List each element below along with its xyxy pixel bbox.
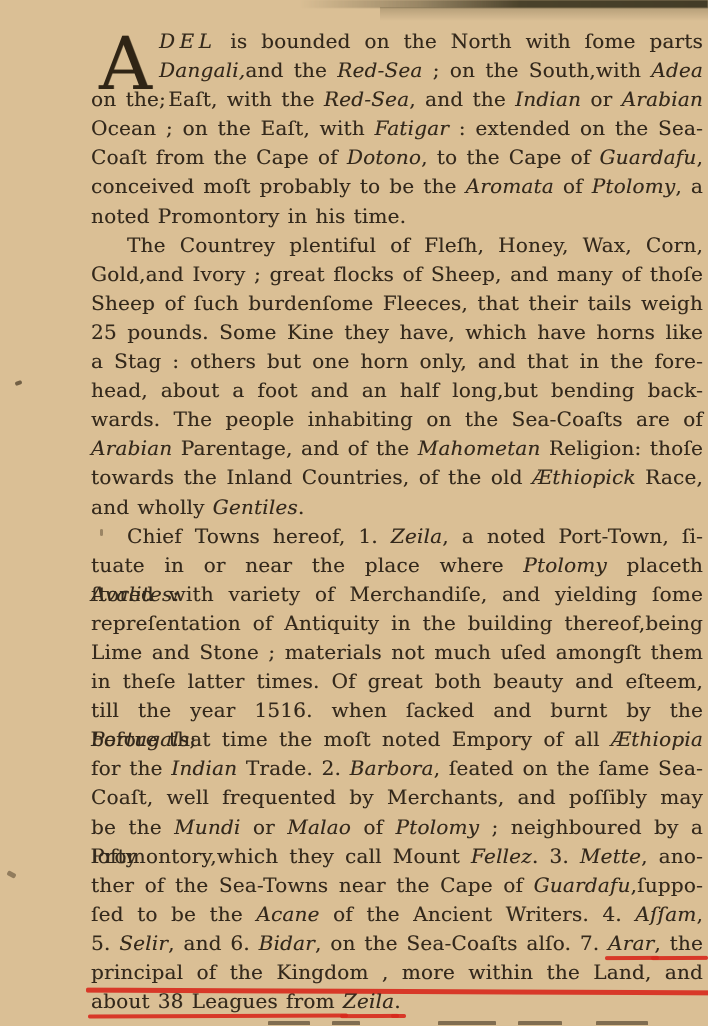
text-segment: Coaſt from the Cape of bbox=[91, 145, 347, 169]
text-line: Coaſt, well frequented by Merchants, and… bbox=[91, 783, 703, 812]
italic-place-name: Ptolomy bbox=[523, 553, 607, 577]
italic-place-name: Mahometan bbox=[418, 436, 541, 460]
text-line: Lime and Stone ; materials not much uſed… bbox=[91, 638, 703, 667]
text-segment: , and 6. bbox=[168, 931, 258, 955]
text-segment: till the year 1516. when ſacked and burn… bbox=[91, 698, 703, 722]
text-segment: towards the Inland Countries, of the old bbox=[91, 465, 532, 489]
text-line: a Stag : others but one horn only, and t… bbox=[91, 347, 703, 376]
text-segment: of bbox=[351, 815, 396, 839]
italic-place-name: Ptolomy bbox=[592, 174, 676, 198]
ink-speck bbox=[6, 870, 16, 879]
red-underlined-text: Arar bbox=[608, 931, 654, 955]
cutoff-line-glyph-tops bbox=[332, 1021, 360, 1025]
text-line: till the year 1516. when ſacked and burn… bbox=[91, 696, 703, 725]
italic-place-name: Æthiopick bbox=[532, 465, 636, 489]
text-segment: Chief Towns hereof, 1. bbox=[127, 524, 391, 548]
text-segment: of bbox=[554, 174, 592, 198]
italic-place-name: Barbora bbox=[350, 756, 434, 780]
text-segment: wards. The people inhabiting on the Sea-… bbox=[91, 407, 703, 431]
paragraph: The Countrey plentiful of Fleſh, Honey, … bbox=[91, 231, 703, 522]
cutoff-line-glyph-tops bbox=[438, 1021, 496, 1025]
text-segment: Race, bbox=[636, 465, 703, 489]
italic-place-name: Dangali, bbox=[159, 58, 245, 82]
text-segment: head, about a foot and an half long,but … bbox=[91, 378, 703, 402]
text-line: before that time the moſt noted Empory o… bbox=[91, 725, 703, 754]
text-line: towards the Inland Countries, of the old… bbox=[91, 463, 703, 492]
text-segment: and wholly bbox=[91, 495, 213, 519]
text-segment: placeth bbox=[607, 553, 703, 577]
text-segment: or bbox=[581, 87, 622, 111]
text-line: Coaſt from the Cape of Dotono, to the Ca… bbox=[91, 143, 703, 172]
italic-place-name: Mette bbox=[580, 844, 641, 868]
text-segment: . bbox=[298, 495, 305, 519]
text-segment: a Stag : others but one horn only, and t… bbox=[91, 349, 703, 373]
text-segment: is bounded on the North with ſome parts bbox=[216, 29, 703, 53]
text-segment: , bbox=[696, 902, 703, 926]
text-segment: : extended on the Sea- bbox=[449, 116, 703, 140]
text-line-red-underlined: principal of the Kingdom , more within t… bbox=[91, 958, 703, 987]
text-line: ſed to be the Acane of the Ancient Write… bbox=[91, 900, 703, 929]
text-segment: tuate in or near the place where bbox=[91, 553, 523, 577]
text-block: A DEL is bounded on the North with ſome … bbox=[91, 27, 703, 1016]
text-line: Dangali,and the Red-Sea ; on the South,w… bbox=[91, 56, 703, 85]
red-underlined-text: about 38 Leagues from bbox=[91, 989, 343, 1013]
text-segment: , on the Sea-Coaſts alſo. 7. bbox=[315, 931, 608, 955]
italic-place-name: DEL bbox=[159, 29, 216, 53]
text-line: wards. The people inhabiting on the Sea-… bbox=[91, 405, 703, 434]
text-line: on the Eaſt, with the Red-Sea, and the I… bbox=[91, 85, 703, 114]
text-segment: ther of the Sea-Towns near the Cape of bbox=[91, 873, 534, 897]
text-segment: Ocean ; on the Eaſt, with bbox=[91, 116, 374, 140]
red-underlined-text: . bbox=[394, 989, 401, 1013]
paragraph: DEL is bounded on the North with ſome pa… bbox=[91, 27, 703, 231]
italic-place-name: Aſſam bbox=[635, 902, 696, 926]
italic-place-name: Dotono bbox=[347, 145, 421, 169]
text-line: head, about a foot and an half long,but … bbox=[91, 376, 703, 405]
text-segment: ſtored with variety of Merchandiſe, and … bbox=[91, 582, 703, 606]
italic-place-name: Æthiopia bbox=[611, 727, 703, 751]
text-segment: Parentage, and of the bbox=[172, 436, 417, 460]
ink-speck bbox=[15, 380, 23, 386]
text-segment: conceived moſt probably to be the bbox=[91, 174, 466, 198]
red-underlined-text: Zeila bbox=[343, 989, 394, 1013]
drop-cap-initial: A bbox=[99, 28, 152, 101]
italic-place-name: Red-Sea bbox=[324, 87, 409, 111]
text-segment: principal of the Kingdom , more within t… bbox=[91, 960, 703, 984]
text-segment: Promontory,which they call Mount bbox=[91, 844, 471, 868]
text-segment: and the bbox=[245, 58, 337, 82]
text-segment: The Countrey plentiful of Fleſh, Honey, … bbox=[127, 233, 703, 257]
italic-place-name: Arabian bbox=[91, 436, 172, 460]
text-segment: 5. bbox=[91, 931, 119, 955]
text-segment: repreſentation of Antiquity in the build… bbox=[91, 611, 703, 635]
text-line: 25 pounds. Some Kine they have, which ha… bbox=[91, 318, 703, 347]
text-segment: or bbox=[241, 815, 288, 839]
text-line: conceived moſt probably to be the Aromat… bbox=[91, 172, 703, 201]
text-segment: ; on the South,with bbox=[423, 58, 652, 82]
cutoff-line-glyph-tops bbox=[268, 1021, 310, 1025]
italic-place-name: Fatigar bbox=[374, 116, 449, 140]
italic-place-name: Guardafu bbox=[534, 873, 631, 897]
text-segment: Religion: thoſe bbox=[541, 436, 703, 460]
italic-place-name: Gentiles bbox=[213, 495, 298, 519]
italic-place-name: Ptolomy bbox=[396, 815, 480, 839]
text-line: Chief Towns hereof, 1. Zeila, a noted Po… bbox=[91, 522, 703, 551]
text-line: Gold,and Ivory ; great flocks of Sheep, … bbox=[91, 260, 703, 289]
text-line: in theſe latter times. Of great both bea… bbox=[91, 667, 703, 696]
scan-edge-top-shadow bbox=[380, 7, 708, 21]
text-line: ſtored with variety of Merchandiſe, and … bbox=[91, 580, 703, 609]
text-line: repreſentation of Antiquity in the build… bbox=[91, 609, 703, 638]
text-segment: Trade. 2. bbox=[237, 756, 349, 780]
text-segment: noted Promontory in his time. bbox=[91, 204, 406, 228]
text-segment: before that time the moſt noted Empory o… bbox=[91, 727, 611, 751]
text-segment: , ano- bbox=[641, 844, 703, 868]
cutoff-line-glyph-tops bbox=[596, 1021, 648, 1025]
book-page-scan: A DEL is bounded on the North with ſome … bbox=[0, 0, 708, 1026]
text-segment: , ſeated on the ſame Sea- bbox=[434, 756, 703, 780]
text-segment: Sheep of ſuch burdenſome Fleeces, that t… bbox=[91, 291, 703, 315]
text-line: be the Mundi or Malao of Ptolomy ; neigh… bbox=[91, 813, 703, 842]
text-line: tuate in or near the place where Ptolomy… bbox=[91, 551, 703, 580]
text-segment: , a bbox=[675, 174, 703, 198]
text-segment: Lime and Stone ; materials not much uſed… bbox=[91, 640, 703, 664]
italic-place-name: Aromata bbox=[466, 174, 554, 198]
text-line: Ocean ; on the Eaſt, with Fatigar : exte… bbox=[91, 114, 703, 143]
italic-place-name: Fellez bbox=[471, 844, 532, 868]
italic-place-name: Guardafu bbox=[599, 145, 696, 169]
text-segment: , a noted Port-Town, ſi- bbox=[442, 524, 703, 548]
text-line: for the Indian Trade. 2. Barbora, ſeated… bbox=[91, 754, 703, 783]
text-segment: be the bbox=[91, 815, 174, 839]
italic-place-name: Adea bbox=[651, 58, 703, 82]
italic-place-name: Bidar bbox=[259, 931, 315, 955]
text-segment: 25 pounds. Some Kine they have, which ha… bbox=[91, 320, 703, 344]
text-line: Promontory,which they call Mount Fellez.… bbox=[91, 842, 703, 871]
text-line: Sheep of ſuch burdenſome Fleeces, that t… bbox=[91, 289, 703, 318]
text-line: DEL is bounded on the North with ſome pa… bbox=[91, 27, 703, 56]
italic-place-name: Indian bbox=[515, 87, 581, 111]
text-line: ther of the Sea-Towns near the Cape of G… bbox=[91, 871, 703, 900]
text-segment: Gold,and Ivory ; great flocks of Sheep, … bbox=[91, 262, 703, 286]
text-line: 5. Selir, and 6. Bidar, on the Sea-Coaſt… bbox=[91, 929, 703, 958]
cutoff-line-glyph-tops bbox=[518, 1021, 562, 1025]
italic-place-name: Acane bbox=[256, 902, 319, 926]
text-segment: , to the Cape of bbox=[421, 145, 599, 169]
text-segment: of the Ancient Writers. 4. bbox=[320, 902, 636, 926]
text-segment: for the bbox=[91, 756, 171, 780]
paragraph: Chief Towns hereof, 1. Zeila, a noted Po… bbox=[91, 522, 703, 1017]
text-segment: ,ſuppo- bbox=[631, 873, 703, 897]
text-line: Arabian Parentage, and of the Mahometan … bbox=[91, 434, 703, 463]
text-segment: . 3. bbox=[532, 844, 580, 868]
text-line: and wholly Gentiles. bbox=[91, 493, 703, 522]
italic-place-name: Malao bbox=[287, 815, 351, 839]
italic-place-name: Selir bbox=[119, 931, 168, 955]
text-segment: , bbox=[696, 145, 703, 169]
italic-place-name: Red-Sea bbox=[337, 58, 422, 82]
text-segment: , and the bbox=[409, 87, 515, 111]
italic-place-name: Arabian bbox=[622, 87, 703, 111]
text-segment: Coaſt, well frequented by Merchants, and… bbox=[91, 785, 703, 809]
red-underlined-text: , the bbox=[654, 931, 703, 955]
text-segment: in theſe latter times. Of great both bea… bbox=[91, 669, 703, 693]
ink-speck bbox=[100, 529, 103, 536]
italic-place-name: Mundi bbox=[174, 815, 240, 839]
text-line: The Countrey plentiful of Fleſh, Honey, … bbox=[91, 231, 703, 260]
italic-place-name: Zeila bbox=[391, 524, 442, 548]
text-segment: ſed to be the bbox=[91, 902, 256, 926]
text-line: noted Promontory in his time. bbox=[91, 202, 703, 231]
italic-place-name: Indian bbox=[171, 756, 237, 780]
